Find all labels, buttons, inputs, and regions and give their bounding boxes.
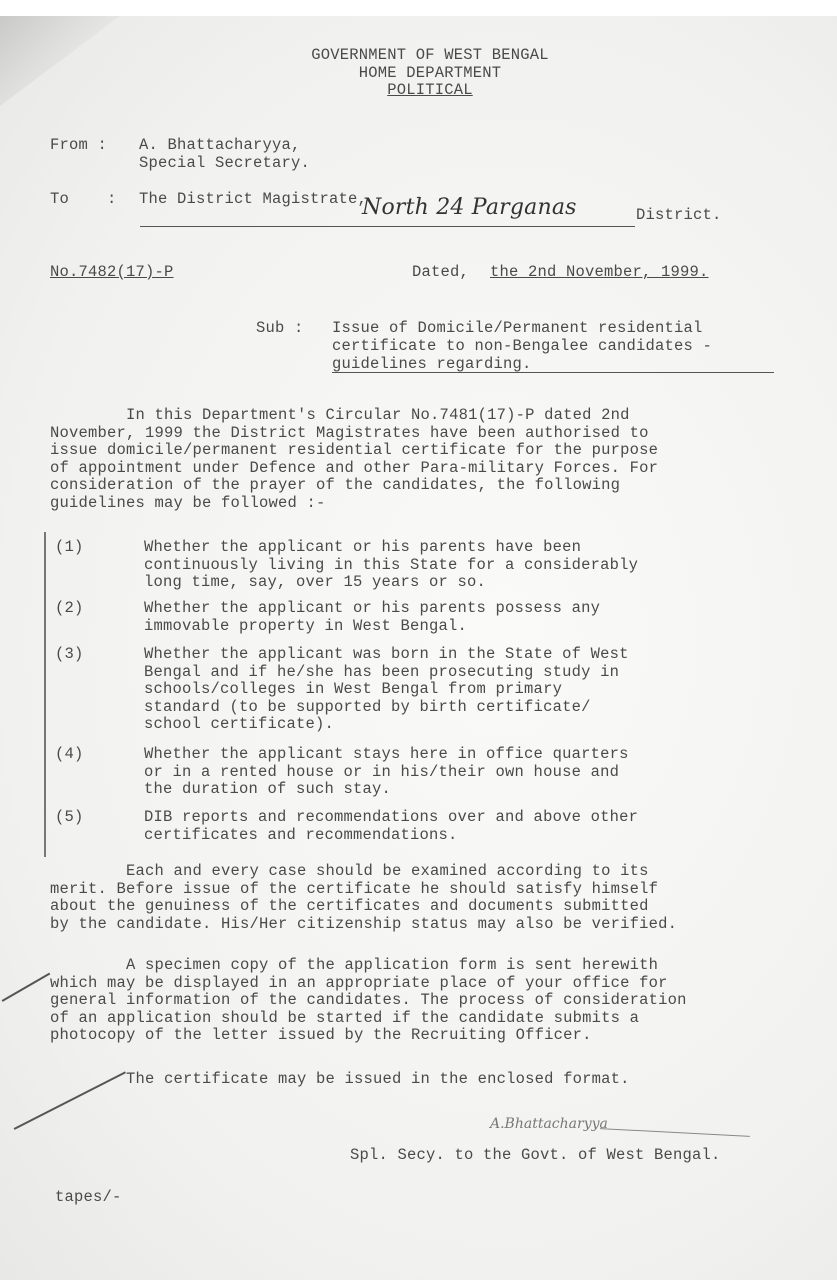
paragraph-line: of appointment under Defence and other P…: [50, 459, 658, 477]
from-name: A. Bhattacharyya,: [139, 136, 301, 154]
from-label: From :: [50, 136, 107, 154]
margin-pen-mark: [2, 973, 50, 1002]
paragraph-line: guidelines may be followed :-: [50, 494, 326, 512]
paragraph-line: by the candidate. His/Her citizenship st…: [50, 915, 677, 933]
paragraph-line: In this Department's Circular No.7481(17…: [50, 406, 630, 424]
guideline-text: continuously living in this State for a …: [144, 556, 638, 574]
to-recipient: The District Magistrate,: [139, 190, 367, 208]
header-government: GOVERNMENT OF WEST BENGAL: [230, 46, 630, 64]
guideline-number: (2): [55, 599, 84, 617]
guideline-text: Whether the applicant stays here in offi…: [144, 745, 629, 763]
district-handwritten: North 24 Parganas: [362, 199, 577, 217]
letter-date: the 2nd November, 1999.: [490, 263, 709, 281]
paragraph-line: merit. Before issue of the certificate h…: [50, 880, 658, 898]
guideline-text: long time, say, over 15 years or so.: [144, 573, 486, 591]
guideline-number: (5): [55, 808, 84, 826]
typist-initials: tapes/-: [55, 1188, 122, 1206]
subject-line-2: certificate to non-Bengalee candidates -: [332, 337, 712, 355]
guideline-text: schools/colleges in West Bengal from pri…: [144, 680, 562, 698]
guideline-text: standard (to be supported by birth certi…: [144, 698, 591, 716]
guideline-number: (3): [55, 645, 84, 663]
guideline-text: certificates and recommendations.: [144, 826, 458, 844]
paragraph-line: issue domicile/permanent residential cer…: [50, 441, 658, 459]
reference-number: No.7482(17)-P: [50, 263, 174, 281]
district-underline: [140, 226, 635, 227]
signatory-designation: Spl. Secy. to the Govt. of West Bengal.: [350, 1146, 721, 1164]
header-department: HOME DEPARTMENT: [230, 64, 630, 82]
subject-label: Sub :: [256, 319, 304, 337]
district-suffix: District.: [636, 206, 722, 224]
subject-line-1: Issue of Domicile/Permanent residential: [332, 319, 703, 337]
paragraph-line: photocopy of the letter issued by the Re…: [50, 1026, 592, 1044]
from-designation: Special Secretary.: [139, 154, 310, 172]
paragraph-line: consideration of the prayer of the candi…: [50, 476, 620, 494]
paragraph-line: of an application should be started if t…: [50, 1009, 639, 1027]
guideline-text: or in a rented house or in his/their own…: [144, 763, 619, 781]
subject-line-3: guidelines regarding.: [332, 355, 532, 373]
paragraph-format: The certificate may be issued in the enc…: [50, 1070, 630, 1088]
guideline-text: DIB reports and recommendations over and…: [144, 808, 638, 826]
guideline-text: immovable property in West Bengal.: [144, 617, 467, 635]
paragraph-line: about the genuiness of the certificates …: [50, 897, 649, 915]
signature-stroke: [600, 1128, 750, 1137]
margin-bracket-mark: [44, 532, 46, 857]
subject-underline: [332, 372, 774, 373]
guideline-text: school certificate).: [144, 715, 334, 733]
guideline-number: (4): [55, 745, 84, 763]
guideline-text: Whether the applicant or his parents hav…: [144, 538, 581, 556]
header-section: POLITICAL: [230, 81, 630, 99]
paragraph-line: A specimen copy of the application form …: [50, 956, 658, 974]
scan-top-margin: [0, 0, 837, 16]
paragraph-line: November, 1999 the District Magistrates …: [50, 424, 649, 442]
document-page: GOVERNMENT OF WEST BENGAL HOME DEPARTMEN…: [0, 0, 837, 1280]
paragraph-line: which may be displayed in an appropriate…: [50, 974, 668, 992]
folded-corner: [0, 16, 120, 106]
guideline-number: (1): [55, 538, 84, 556]
paragraph-line: general information of the candidates. T…: [50, 991, 687, 1009]
guideline-text: Whether the applicant or his parents pos…: [144, 599, 600, 617]
to-label: To :: [50, 190, 117, 208]
guideline-text: the duration of such stay.: [144, 780, 391, 798]
paragraph-line: Each and every case should be examined a…: [50, 862, 649, 880]
dated-label: Dated,: [412, 263, 469, 281]
guideline-text: Whether the applicant was born in the St…: [144, 645, 629, 663]
signature-scrawl: A.Bhattacharyya: [490, 1116, 608, 1132]
guideline-text: Bengal and if he/she has been prosecutin…: [144, 663, 619, 681]
